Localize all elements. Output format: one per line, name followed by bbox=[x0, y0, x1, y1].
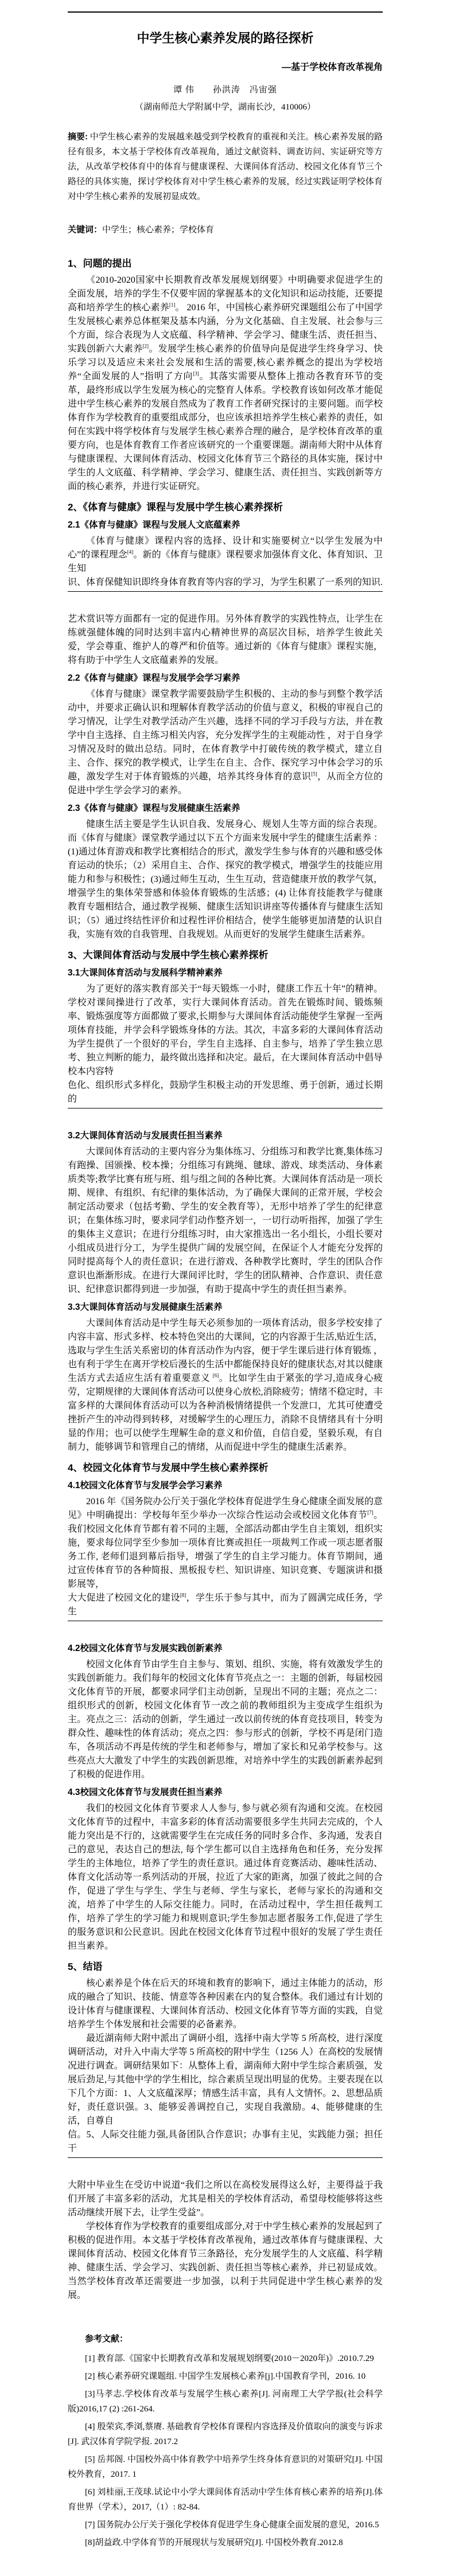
paragraph: 校园文化体育节由学生自主参与、策划、组织、实施，将有效激发学生的实践创新能力。我… bbox=[68, 1658, 383, 1782]
reference-item: [7] 国务院办公厅关于强化学校体育促进学生身心健康全面发展的意见，2016.5 bbox=[68, 2518, 383, 2532]
subsection-heading: 2.2《体育与健康》课程与发展学会学习素养 bbox=[68, 672, 383, 685]
subsection-heading: 2.1《体育与健康》课程与发展人文底蕴素养 bbox=[68, 518, 383, 532]
article-body: 1、问题的提出《2010-2020国家中长期教育改革发展规划纲要》中明确要求促进… bbox=[68, 257, 383, 2302]
paragraph: 我们的校园文化体育节要求人人参与, 参与就必须有沟通和交流。在校园文化体育节的过… bbox=[68, 1802, 383, 1953]
section-heading: 1、问题的提出 bbox=[68, 257, 383, 271]
paper-subtitle: —基于学校体育改革视角 bbox=[68, 60, 383, 73]
header-rule bbox=[68, 11, 383, 13]
subsection-heading: 3.2大课间体育活动与发展责任担当素养 bbox=[68, 1129, 383, 1142]
document-page: 中学生核心素养发展的路径探析 —基于学校体育改革视角 谭 伟 孙洪涛 冯宙强 （… bbox=[0, 0, 455, 2576]
section-heading: 2、《体育与健康》课程与发展中学生核心素养探析 bbox=[68, 501, 383, 514]
paragraph: 核心素养是个体在后天的环境和教育的影响下，通过主体能力的活动，形成的融合了知识、… bbox=[68, 1977, 383, 2032]
paragraph: 《体育与健康》课程内容的选择、设计和实施要树立“以学生发展为中心”的课程理念[4… bbox=[68, 534, 383, 576]
subsection-heading: 4.3校园文化体育节与发展责任担当素养 bbox=[68, 1786, 383, 1799]
abstract: 摘要: 中学生核心素养的发展越来越受到学校教育的重视和关注。核心素养发展的路径有… bbox=[68, 130, 383, 204]
subsection-heading: 3.3大课间体育活动与发展健康生活素养 bbox=[68, 1301, 383, 1314]
reference-item: [4] 殷荣宾,季浏,蔡赓. 基础教育学校体育课程内容选择及价值取向的演变与诉求… bbox=[68, 2419, 383, 2449]
references-heading: 参考文献： bbox=[68, 2332, 383, 2344]
paragraph-continuation: 艺术赏识等方面都有一定的促进作用。另外体育教学的实践性特点，让学生在练就强健体魄… bbox=[68, 612, 383, 668]
reference-item: [5] 岳邦阁. 中国校外高中体育教学中培养学生终身体育意识的对策研究[J]. … bbox=[68, 2452, 383, 2482]
paragraph: 学校体育作为学校教育的重要组成部分,对于中学生核心素养的发展起到了积极的促进作用… bbox=[68, 2220, 383, 2302]
citation-ref: [7] bbox=[367, 1510, 374, 1516]
paragraph: 《体育与健康》课堂教学需要鼓励学生积极的、主动的参与到整个教学活动中，并要求正确… bbox=[68, 688, 383, 798]
paragraph: 为了更好的落实教育部关于“每天锻炼一小时，健康工作五十年”的精神。学校对课间操进… bbox=[68, 982, 383, 1079]
citation-ref: [2] bbox=[143, 344, 149, 349]
keywords: 关键词：中学生；核心素养；学校体育 bbox=[68, 223, 383, 237]
paragraph: 大课间体育活动是中学生每天必须参加的一项体育活动，很多学校安排了内容丰富、形式多… bbox=[68, 1317, 383, 1454]
keywords-text: 中学生；核心素养；学校体育 bbox=[102, 225, 214, 235]
citation-ref: [6] bbox=[213, 1373, 219, 1379]
citation-ref: [8] bbox=[180, 1593, 186, 1598]
citation-ref: [3] bbox=[193, 371, 199, 377]
citation-ref: [4] bbox=[127, 549, 134, 555]
abstract-text: 中学生核心素养的发展越来越受到学校教育的重视和关注。核心素养发展的路径有很多，本… bbox=[68, 132, 383, 201]
section-heading: 3、大课间体育活动与发展中学生核心素养探析 bbox=[68, 949, 383, 962]
references-section: 参考文献： [1] 教育部.《国家中长期教育改革和发展规划纲要(2010－202… bbox=[68, 2332, 383, 2550]
subsection-heading: 2.3《体育与健康》课程与发展健康生活素养 bbox=[68, 802, 383, 815]
paragraph: 健康生活主要是学生认识自我、发展身心、规划人生等方面的综合表现。而《体育与健康》… bbox=[68, 818, 383, 942]
paper-title: 中学生核心素养发展的路径探析 bbox=[68, 30, 383, 47]
reference-item: [6] 刘桂丽,王茂球.试论中小学大课间体育活动中学生体育核心素养的培养[J].… bbox=[68, 2485, 383, 2515]
paragraph: 大课间体育活动的主要内容分为集体练习、分组练习和教学比赛,集体练习有跑操、国颁操… bbox=[68, 1145, 383, 1297]
page-break-line: 色化、组织形式多样化，鼓励学生积极主动的开发思维、勇于创新，通过长期的 bbox=[68, 1079, 383, 1109]
reference-item: [1] 教育部.《国家中长期教育改革和发展规划纲要(2010－2020年)》.2… bbox=[68, 2351, 383, 2366]
paragraph: 《2010-2020国家中长期教育改革发展规划纲要》中明确要求促进学生的全面发展… bbox=[68, 274, 383, 494]
page-break-line: 大大促进了校园文化的建设[8]，学生乐于参与其中，而为了圆满完成任务，学生 bbox=[68, 1591, 383, 1621]
reference-item: [3]马孝志.学校体育改革与发展学生核心素养[J]. 河南理工大学学报(社会科学… bbox=[68, 2387, 383, 2417]
subsection-heading: 4.1校园文化体育节与发展学会学习素养 bbox=[68, 1479, 383, 1492]
subsection-heading: 3.1大课间体育活动与发展科学精神素养 bbox=[68, 966, 383, 979]
page-break-line: 信。5、人际交往能力强,具备团队合作意识；办事有主见，实践能力强；担任干 bbox=[68, 2128, 383, 2158]
keywords-label: 关键词： bbox=[68, 225, 102, 235]
section-heading: 5、结语 bbox=[68, 1960, 383, 1974]
reference-item: [8]胡益政.中学体育节的开展现状与发展研究[J]. 中国校外教育.2012.8 bbox=[68, 2535, 383, 2550]
section-heading: 4、校园文化体育节与发展中学生核心素养探析 bbox=[68, 1461, 383, 1475]
citation-ref: [5] bbox=[311, 771, 317, 777]
paragraph: 最近湖南师大附中派出了调研小组，选择中南大学等 5 所高校，进行深度调研活动，对… bbox=[68, 2032, 383, 2128]
page-break-line: 识、体育保健知识即终身体育教育等内容的学习，为学生积累了一系列的知识. bbox=[68, 576, 383, 592]
paragraph-continuation: 大附中毕业生在受访中说道“我们之所以在高校发展得这么好，主要得益于我们开展了丰富… bbox=[68, 2179, 383, 2220]
paper-authors: 谭 伟 孙洪涛 冯宙强 bbox=[68, 83, 383, 95]
abstract-label: 摘要: bbox=[68, 132, 88, 142]
citation-ref: [1] bbox=[169, 302, 176, 308]
paragraph: 2016 年《国务院办公厅关于强化学校体育促进学生身心健康全面发展的意见》中明确… bbox=[68, 1495, 383, 1591]
paper-affiliation: （湖南师范大学附属中学，湖南长沙，410006） bbox=[68, 100, 383, 112]
reference-item: [2] 核心素养研究课题组. 中国学生发展核心素养[j].中国教育学刊，2016… bbox=[68, 2369, 383, 2384]
reference-list: [1] 教育部.《国家中长期教育改革和发展规划纲要(2010－2020年)》.2… bbox=[68, 2351, 383, 2550]
subsection-heading: 4.2校园文化体育节与发展实践创新素养 bbox=[68, 1642, 383, 1655]
